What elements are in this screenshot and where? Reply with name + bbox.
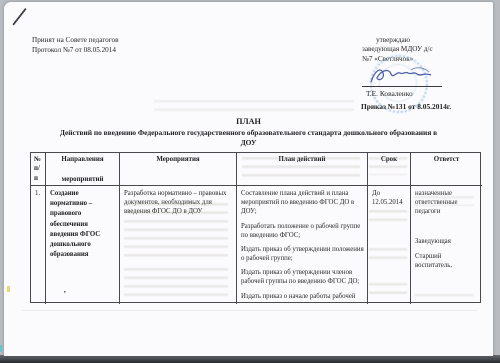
row-term-cell: До 12.05.2014 bbox=[367, 186, 410, 304]
column-header-direction: Направления мероприятий bbox=[45, 153, 119, 186]
accepted-block: Принят на Совете педагогов Протокол №7 о… bbox=[32, 36, 119, 55]
document-paper: Принят на Совете педагогов Протокол №7 о… bbox=[4, 2, 493, 356]
plan-item: Разработать положение о рабочей группе п… bbox=[241, 222, 364, 240]
row-activity-cell: Разработка нормативно – правовых докумен… bbox=[119, 186, 236, 304]
scanned-document-page: Принят на Совете педагогов Протокол №7 о… bbox=[0, 0, 500, 363]
signatory-name: Т.Е. Коваленко bbox=[366, 89, 413, 98]
bleed-through-artifact bbox=[154, 100, 354, 115]
stray-ink-mark: , bbox=[64, 286, 116, 296]
direction-text: Создание нормативно – правового обеспече… bbox=[50, 190, 100, 258]
responsible-item: Заведующая bbox=[415, 237, 479, 246]
plan-item: Издать приказ о начале работы рабочей bbox=[241, 292, 364, 301]
document-subtitle: Действий по введению Федерального госуда… bbox=[24, 128, 473, 148]
column-header-activity: Мероприятия bbox=[119, 153, 236, 186]
scanner-edge-shadow bbox=[0, 355, 500, 363]
column-header-plan: План действий bbox=[236, 153, 367, 186]
row-direction-cell: Создание нормативно – правового обеспече… bbox=[45, 186, 119, 304]
plan-item: Издать приказ об утверждении членов рабо… bbox=[241, 268, 364, 286]
column-header-num: № п/ п bbox=[31, 153, 45, 186]
document-title: ПЛАН bbox=[4, 117, 493, 126]
row-num-cell: 1. bbox=[31, 186, 45, 304]
plan-item: Издать приказ об утверждении положения о… bbox=[241, 245, 364, 263]
pen-check-mark bbox=[12, 8, 27, 26]
responsible-item: Старший воспитатель, bbox=[415, 252, 479, 270]
paper-fold-shadow bbox=[22, 310, 477, 311]
row-plan-cell: Составление плана действий и плана мероп… bbox=[236, 186, 367, 304]
signature-line bbox=[362, 86, 442, 87]
plan-table: № п/ п Направления мероприятий Мероприят… bbox=[30, 152, 481, 303]
column-header-term: Срок bbox=[367, 153, 410, 186]
column-header-responsible: Ответст bbox=[410, 153, 482, 186]
plan-item: Составление плана действий и плана мероп… bbox=[241, 189, 364, 217]
signature-scribble bbox=[366, 62, 438, 88]
row-responsible-cell: назначенные ответственные педагоги Завед… bbox=[410, 186, 482, 304]
responsible-item: назначенные ответственные педагоги bbox=[415, 189, 479, 217]
edge-mark-teal bbox=[0, 345, 2, 352]
order-line: Приказ №131 от 8.05.2014г. bbox=[361, 102, 451, 111]
edge-mark-yellow bbox=[7, 286, 10, 292]
